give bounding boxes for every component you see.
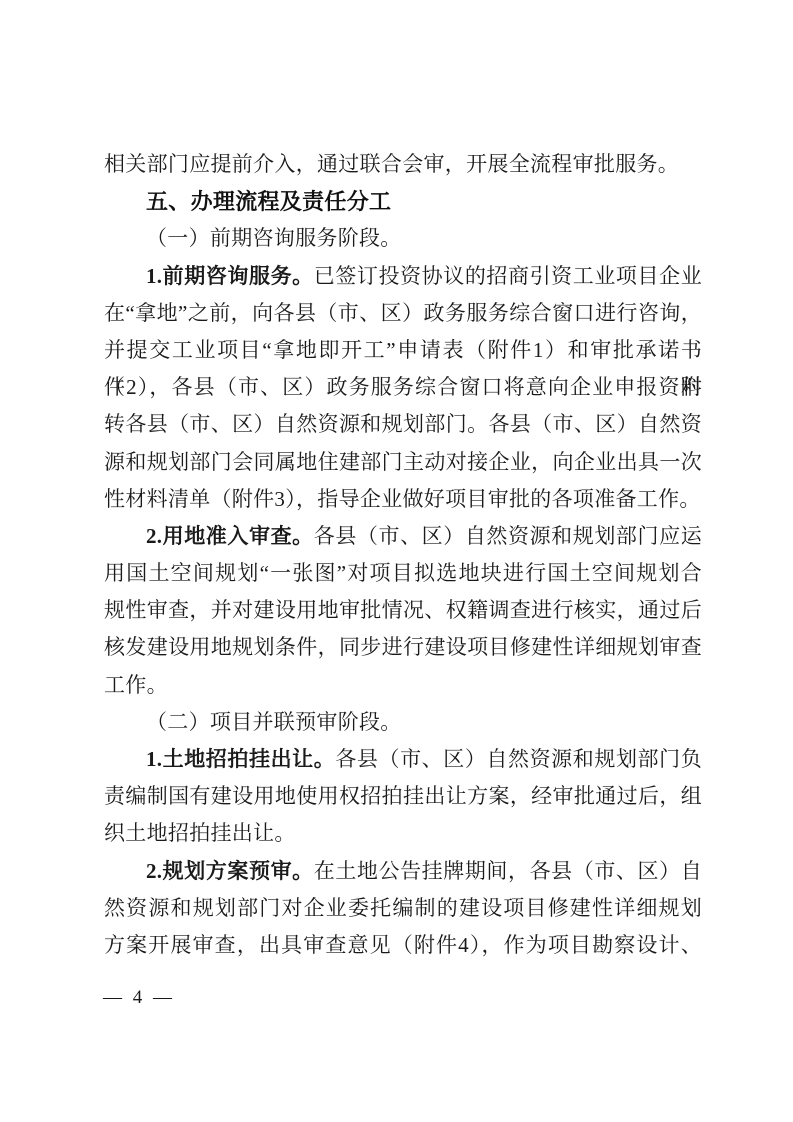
- text-segment: 用国土空间规划“一张图”对项目拟选地块进行国土空间规划合: [104, 561, 702, 585]
- run-in-heading: 1.土地招拍挂出让。: [146, 747, 335, 771]
- text-segment: 转各县（市、区）自然资源和规划部门。各县（市、区）自然资: [104, 412, 702, 436]
- text-line: 用国土空间规划“一张图”对项目拟选地块进行国土空间规划合: [104, 555, 702, 592]
- text-line: 责编制国有建设用地使用权招拍挂出让方案，经审批通过后，组: [104, 778, 702, 815]
- text-segment: 源和规划部门会同属地住建部门主动对接企业，向企业出具一次: [104, 450, 702, 474]
- text-line: 2.规划方案预审。在土地公告挂牌期间，各县（市、区）自: [104, 853, 702, 890]
- text-line: 1.前期咨询服务。已签订投资协议的招商引资工业项目企业: [104, 258, 702, 295]
- text-segment: 织土地招拍挂出让。: [104, 821, 296, 845]
- document-page: 相关部门应提前介入，通过联合会审，开展全流程审批服务。五、办理流程及责任分工（一…: [0, 0, 793, 1122]
- text-segment: 在“拿地”之前，向各县（市、区）政务服务综合窗口进行咨询，: [104, 301, 702, 325]
- document-body: 相关部门应提前介入，通过联合会审，开展全流程审批服务。五、办理流程及责任分工（一…: [104, 146, 702, 964]
- text-line: 核发建设用地规划条件，同步进行建设项目修建性详细规划审查: [104, 629, 702, 666]
- text-segment: 方案开展审查，出具审查意见（附件4），作为项目勘察设计、: [104, 933, 702, 957]
- text-segment: 核发建设用地规划条件，同步进行建设项目修建性详细规划审查: [104, 635, 702, 659]
- text-line: 2.用地准入审查。各县（市、区）自然资源和规划部门应运: [104, 518, 702, 555]
- text-segment: 各县（市、区）自然资源和规划部门应运: [314, 524, 702, 548]
- text-line: 在“拿地”之前，向各县（市、区）政务服务综合窗口进行咨询，: [104, 295, 702, 332]
- text-line: 转各县（市、区）自然资源和规划部门。各县（市、区）自然资: [104, 406, 702, 443]
- text-line: 1.土地招拍挂出让。各县（市、区）自然资源和规划部门负: [104, 741, 702, 778]
- text-line: 规性审查，并对建设用地审批情况、权籍调查进行核实，通过后: [104, 592, 702, 629]
- text-segment: 在土地公告挂牌期间，各县（市、区）自: [314, 859, 702, 883]
- text-segment: 各县（市、区）自然资源和规划部门负: [335, 747, 702, 771]
- page-number: — 4 —: [103, 987, 175, 1009]
- text-line: 性材料清单（附件3），指导企业做好项目审批的各项准备工作。: [104, 481, 702, 518]
- text-segment: 性材料清单（附件3），指导企业做好项目审批的各项准备工作。: [104, 487, 701, 511]
- text-segment: 然资源和规划部门对企业委托编制的建设项目修建性详细规划: [104, 896, 702, 920]
- run-in-heading: 2.规划方案预审。: [146, 859, 314, 883]
- run-in-heading: 1.前期咨询服务。: [146, 264, 314, 288]
- text-segment: 工作。: [104, 673, 168, 697]
- text-line: （一）前期咨询服务阶段。: [104, 220, 702, 257]
- text-segment: 责编制国有建设用地使用权招拍挂出让方案，经审批通过后，组: [104, 784, 702, 808]
- text-line: 然资源和规划部门对企业委托编制的建设项目修建性详细规划: [104, 890, 702, 927]
- text-line: 织土地招拍挂出让。: [104, 815, 702, 852]
- text-segment: 件2），各县（市、区）政务服务综合窗口将意向企业申报资料: [104, 375, 702, 399]
- text-segment: 规性审查，并对建设用地审批情况、权籍调查进行核实，通过后: [104, 598, 702, 622]
- text-line: 相关部门应提前介入，通过联合会审，开展全流程审批服务。: [104, 146, 702, 183]
- text-line: （二）项目并联预审阶段。: [104, 704, 702, 741]
- text-line: 件2），各县（市、区）政务服务综合窗口将意向企业申报资料: [104, 369, 702, 406]
- text-line: 并提交工业项目“拿地即开工”申请表（附件1）和审批承诺书（附: [104, 332, 702, 369]
- text-line: 工作。: [104, 667, 702, 704]
- text-segment: 五、办理流程及责任分工: [146, 189, 391, 214]
- section-heading: 五、办理流程及责任分工: [104, 183, 702, 220]
- text-segment: 相关部门应提前介入，通过联合会审，开展全流程审批服务。: [104, 152, 679, 176]
- text-segment: （一）前期咨询服务阶段。: [146, 226, 402, 250]
- text-segment: 已签订投资协议的招商引资工业项目企业: [314, 264, 702, 288]
- text-line: 方案开展审查，出具审查意见（附件4），作为项目勘察设计、: [104, 927, 702, 964]
- text-segment: （二）项目并联预审阶段。: [146, 710, 402, 734]
- text-line: 源和规划部门会同属地住建部门主动对接企业，向企业出具一次: [104, 444, 702, 481]
- run-in-heading: 2.用地准入审查。: [146, 524, 314, 548]
